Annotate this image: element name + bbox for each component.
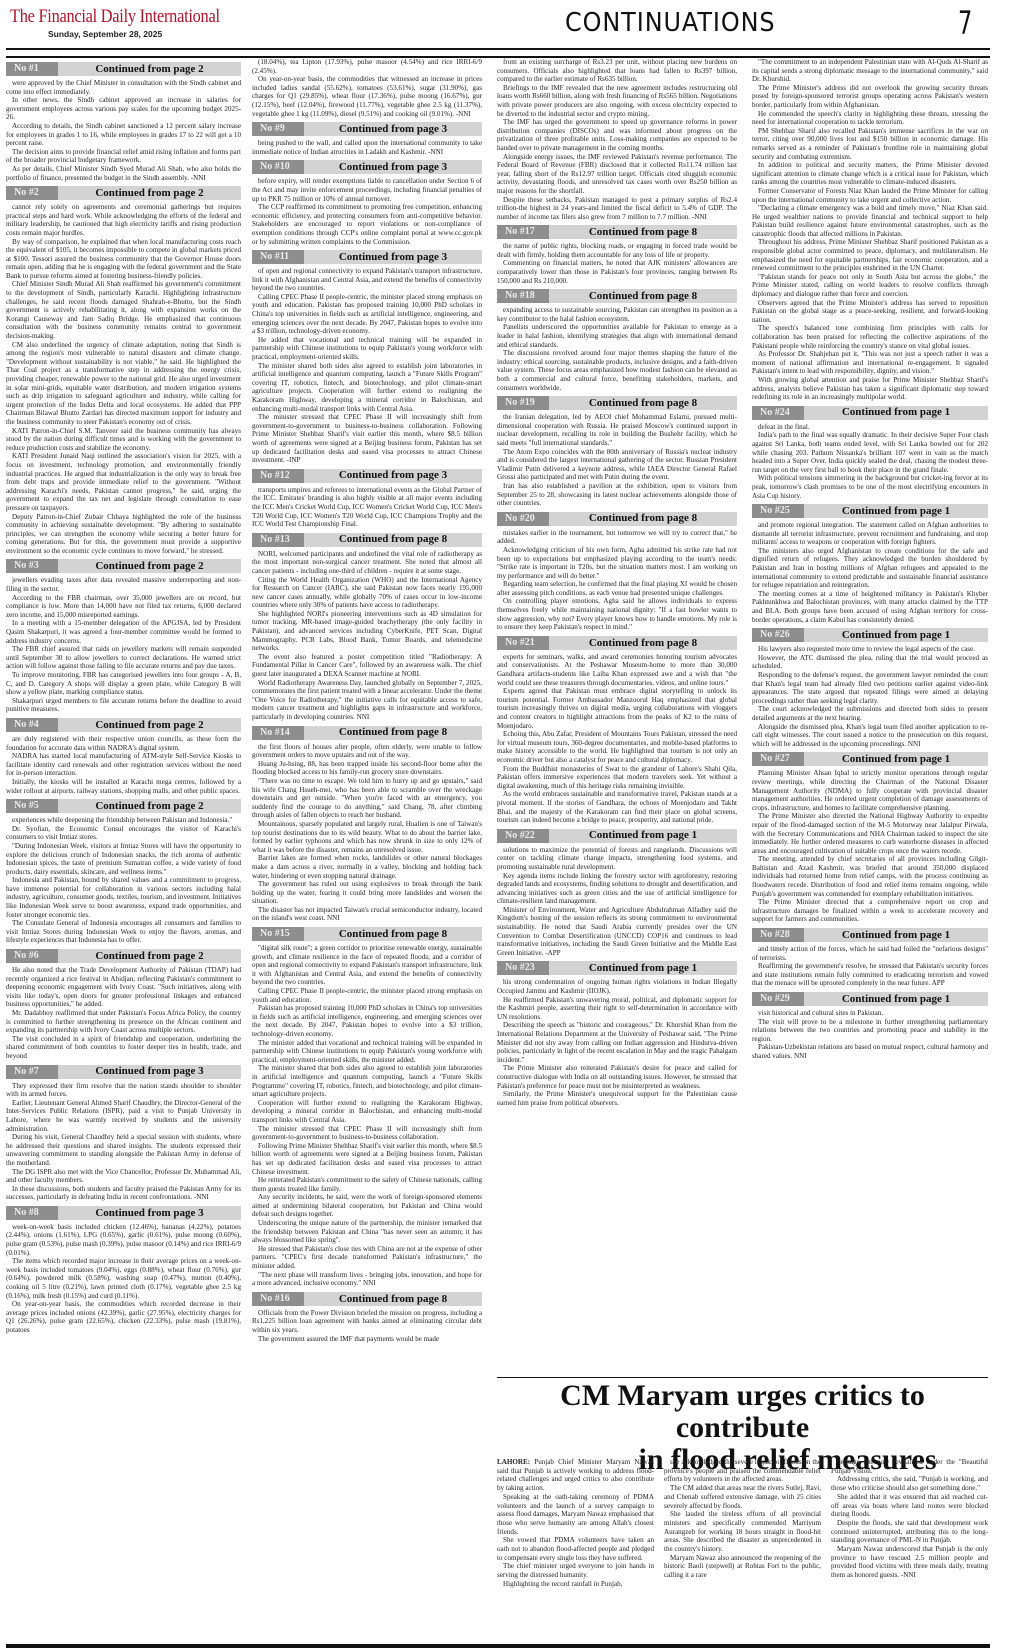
article-number: No #3: [6, 559, 58, 573]
article-continuation: No #9Continued from page 3being pushed t…: [252, 122, 482, 156]
story-paragraph: she acknowledged the severe impact of fl…: [664, 1458, 821, 1484]
article-number: No #23: [497, 961, 549, 975]
article-number: No #21: [497, 636, 549, 650]
article-paragraph: The items which recorded major increase …: [6, 1257, 241, 1300]
continuation-header: No #6Continued from page 2: [6, 949, 241, 963]
article-paragraph: Mountainous, sparsely populated and larg…: [252, 820, 482, 854]
article-paragraph: The speech's balanced tone combining fir…: [752, 324, 988, 350]
continuation-header: No #26Continued from page 1: [752, 628, 988, 642]
continued-from-label: Continued from page 8: [304, 930, 482, 939]
article-paragraph: Huang Ju-hsing, 88, has been trapped ins…: [252, 760, 482, 777]
article-paragraph: being pushed to the wall, and called upo…: [252, 139, 482, 156]
article-continuation: No #25Continued from page 1and promote r…: [752, 504, 988, 624]
paper-name: The Financial Daily International: [10, 6, 220, 28]
article-number: No #9: [252, 122, 304, 136]
continuation-header: No #10Continued from page 3: [252, 160, 482, 174]
article-paragraph: On controlling player emotions, Agha sai…: [497, 597, 737, 631]
article-paragraph: Describing the speech as "historic and c…: [497, 1021, 737, 1064]
article-paragraph: Earlier, Lieutenant General Ahmed Sharif…: [6, 1099, 241, 1133]
article-paragraph: The Prime Minister directed that a compr…: [752, 898, 988, 924]
article-paragraph: As per details, Chief Minister Sindh Sye…: [6, 165, 241, 182]
continued-from-label: Continued from page 8: [304, 535, 482, 544]
article-number: No #8: [6, 1206, 58, 1220]
article-paragraph: Acknowledging criticism of his own form,…: [497, 546, 737, 580]
article-continuation: No #5Continued from page 2experiences wh…: [6, 799, 241, 945]
article-paragraph: Former Conservator of Forests Niaz Khan …: [752, 187, 988, 204]
article-number: No #29: [752, 992, 804, 1006]
continuation-header: No #20Continued from page 8: [497, 512, 737, 526]
article-paragraph: He stressed that Pakistan's close ties w…: [252, 1245, 482, 1271]
article-paragraph: The meeting, attended by chief secretari…: [752, 855, 988, 898]
article-continuation: No #7Continued from page 3They expressed…: [6, 1065, 241, 1202]
continued-from-label: Continued from page 3: [304, 471, 482, 480]
article-paragraph: Pakistan has proposed training 10,000 Ph…: [252, 1004, 482, 1038]
article-paragraph: KATI Patron-in-Chief S.M. Tanveer said t…: [6, 427, 241, 453]
continued-from-label: Continued from page 2: [58, 65, 241, 74]
article-continuation: No #1Continued from page 2were approved …: [6, 62, 241, 182]
article-paragraph: With political tensions simmering in the…: [752, 474, 988, 500]
article-paragraph: NORI, welcomed participants and underlin…: [252, 550, 482, 576]
article-number: No #5: [6, 799, 58, 813]
continued-from-label: Continued from page 1: [549, 964, 737, 973]
article-continuation: No #18Continued from page 8expanding acc…: [497, 289, 737, 392]
article-paragraph: In addition to political and security ma…: [752, 161, 988, 187]
story-paragraph: The CM added that areas near the rivers …: [664, 1484, 821, 1510]
article-paragraph: He commended the speech's clarity in hig…: [752, 110, 988, 127]
article-paragraph: The court acknowledged the submissions a…: [752, 705, 988, 722]
article-number: No #7: [6, 1065, 58, 1079]
continuation-header: No #14Continued from page 8: [252, 726, 482, 740]
continued-from-label: Continued from page 2: [58, 721, 241, 730]
article-paragraph: During his visit, General Chaudhry held …: [6, 1133, 241, 1167]
article-paragraph: Minister of Environment, Water and Agric…: [497, 906, 737, 958]
continued-from-label: Continued from page 8: [304, 1295, 482, 1304]
article-paragraph: Initially, the kiosks will be installed …: [6, 778, 241, 795]
article-paragraph: mistakes earlier in the tournament, but …: [497, 529, 737, 546]
article-paragraph: In a meeting with a 15-member delegation…: [6, 619, 241, 645]
article-continuation: No #15Continued from page 8"digital silk…: [252, 927, 482, 1288]
article-paragraph: Any security incidents, he said, were th…: [252, 1193, 482, 1219]
continuation-header: No #4Continued from page 2: [6, 718, 241, 732]
article-paragraph: NADRA has started local manufacturing of…: [6, 752, 241, 778]
story-column: LAHORE: Punjab Chief Minister Maryam Naw…: [497, 1458, 654, 1644]
article-number: No #18: [497, 289, 549, 303]
article-number: No #6: [6, 949, 58, 963]
article-paragraph: his strong condemnation of ongoing human…: [497, 978, 737, 995]
article-continuation: from an existing surcharge of Rs3.23 per…: [497, 58, 737, 221]
article-paragraph: His lawyers also requested more time to …: [752, 645, 988, 654]
article-paragraph: cannot rely solely on agreements and cer…: [6, 203, 241, 237]
continuation-header: No #2Continued from page 2: [6, 186, 241, 200]
article-paragraph: He added that vocational and technical t…: [252, 336, 482, 362]
article-number: No #17: [497, 225, 549, 239]
article-paragraph: Officials from the Power Division briefe…: [252, 1309, 482, 1335]
continued-from-label: Continued from page 3: [304, 253, 482, 262]
article-paragraph: The Prime Minister also directed the Nat…: [752, 812, 988, 855]
article-paragraph: CM also underlined the urgency of climat…: [6, 341, 241, 427]
article-paragraph: PM Shehbaz Sharif also recalled Pakistan…: [752, 127, 988, 161]
story-paragraph: Despite the floods, she said that develo…: [831, 1519, 988, 1545]
article-paragraph: Similarly, the Prime Minister's unequivo…: [497, 1090, 737, 1107]
article-paragraph: defeat in the final.: [752, 423, 988, 432]
article-paragraph: "The next phase will transform lives - b…: [252, 1271, 482, 1288]
article-paragraph: the first floors of houses after people,…: [252, 743, 482, 760]
article-paragraph: According to details, the Sindh cabinet …: [6, 122, 241, 148]
article-paragraph: The minister shared both sides also agre…: [252, 362, 482, 414]
article-number: No #2: [6, 186, 58, 200]
article-continuation: No #21Continued from page 8experts for s…: [497, 636, 737, 825]
article-paragraph: The Prime Minister's address did not ove…: [752, 84, 988, 110]
article-continuation: No #16Continued from page 8Officials fro…: [252, 1292, 482, 1343]
article-paragraph: The government has ruled out using explo…: [252, 880, 482, 906]
continuation-header: No #19Continued from page 8: [497, 396, 737, 410]
continued-from-label: Continued from page 2: [58, 189, 241, 198]
continuation-header: No #11Continued from page 3: [252, 250, 482, 264]
article-paragraph: On year-on-year basis, the commodities w…: [6, 1300, 241, 1334]
story-column: heritage site now revitalised under the …: [831, 1458, 988, 1644]
article-paragraph: experts for seminars, walks, and award c…: [497, 653, 737, 687]
column-2: (18.04%), tea Lipton (17.93%), pulse mas…: [252, 58, 482, 1453]
article-paragraph: Panelists underscored the opportunities …: [497, 323, 737, 349]
article-paragraph: The event also featured a poster competi…: [252, 653, 482, 679]
story-paragraph: Speaking at the oath-taking ceremony of …: [497, 1493, 654, 1537]
article-continuation: No #11Continued from page 3of open and r…: [252, 250, 482, 465]
article-paragraph: "Declaring a climate emergency was a bol…: [752, 204, 988, 238]
article-paragraph: Cooperation will further extend to reali…: [252, 1099, 482, 1125]
article-paragraph: and promote regional integration. The st…: [752, 521, 988, 547]
article-paragraph: The minister stressed that CPEC Phase II…: [252, 413, 482, 465]
article-paragraph: However, the ATC dismissed the plea, rul…: [752, 654, 988, 671]
article-paragraph: The Consulate General of Indonesia encou…: [6, 919, 241, 945]
article-continuation: No #13Continued from page 8NORI, welcome…: [252, 533, 482, 722]
continuation-header: No #22Continued from page 1: [497, 829, 737, 843]
article-number: No #12: [252, 469, 304, 483]
article-number: No #19: [497, 396, 549, 410]
article-number: No #26: [752, 628, 804, 642]
article-continuation: No #2Continued from page 2cannot rely so…: [6, 186, 241, 555]
continuation-header: No #18Continued from page 8: [497, 289, 737, 303]
article-paragraph: From the Buddhist monasteries of Swat to…: [497, 765, 737, 791]
column-1: No #1Continued from page 2were approved …: [6, 58, 241, 1650]
article-paragraph: He reiterated Pakistan's commitment to t…: [252, 1176, 482, 1193]
article-continuation: No #20Continued from page 8mistakes earl…: [497, 512, 737, 632]
article-number: No #20: [497, 512, 549, 526]
article-paragraph: He reaffirmed Pakistan's unwavering mora…: [497, 996, 737, 1022]
continuation-header: No #29Continued from page 1: [752, 992, 988, 1006]
continued-from-label: Continued from page 2: [58, 802, 241, 811]
article-continuation: No #26Continued from page 1His lawyers a…: [752, 628, 988, 748]
article-paragraph: The Atom Expo coincides with the 80th an…: [497, 448, 737, 482]
continuation-header: No #24Continued from page 1: [752, 406, 988, 420]
article-paragraph: solutions to maximize the potential of f…: [497, 846, 737, 872]
continued-from-label: Continued from page 3: [58, 1209, 241, 1218]
article-paragraph: Alongside the dismissed plea, Khan's leg…: [752, 723, 988, 749]
article-paragraph: The Prime Minister also reiterated Pakis…: [497, 1064, 737, 1090]
article-paragraph: The FBR chief assured that raids on jewe…: [6, 645, 241, 671]
article-continuation: No #8Continued from page 3week-on-week b…: [6, 1206, 241, 1335]
article-paragraph: Alongside energy issues, the IMF reviewe…: [497, 153, 737, 196]
headline-line-1: CM Maryam urges critics to contribute: [497, 1380, 988, 1444]
article-paragraph: of open and regional connectivity to exp…: [252, 267, 482, 293]
article-paragraph: before expiry, will render exemptions li…: [252, 177, 482, 203]
article-paragraph: By way of comparison, he explained that …: [6, 238, 241, 281]
article-paragraph: The minister added that vocational and t…: [252, 1039, 482, 1065]
article-paragraph: Deputy Patron-in-Chief Zubair Chhaya hig…: [6, 513, 241, 556]
continuation-header: No #8Continued from page 3: [6, 1206, 241, 1220]
story-column: she acknowledged the severe impact of fl…: [664, 1458, 821, 1644]
article-paragraph: visit historical and cultural sites in P…: [752, 1009, 988, 1018]
continued-from-label: Continued from page 8: [549, 399, 737, 408]
article-paragraph: Barrier lakes are formed when rocks, lan…: [252, 854, 482, 880]
bottom-divider: [6, 1644, 990, 1648]
article-number: No #25: [752, 504, 804, 518]
article-number: No #28: [752, 928, 804, 942]
article-paragraph: Observers agreed that the Prime Minister…: [752, 299, 988, 325]
article-paragraph: The visit will prove to be a milestone i…: [752, 1018, 988, 1044]
article-paragraph: Key agenda items include linking the for…: [497, 872, 737, 906]
article-paragraph: "During Indonesian Week, visitors at Imt…: [6, 842, 241, 876]
article-paragraph: The meeting comes at a time of heightene…: [752, 590, 988, 624]
article-paragraph: Reaffirming the government's resolve, he…: [752, 962, 988, 988]
column-4: "The commitment to an independent Palest…: [752, 58, 988, 1336]
article-paragraph: Planning Minister Ahsan Iqbal to strictl…: [752, 769, 988, 812]
story-paragraph: heritage site now revitalised under the …: [831, 1458, 988, 1475]
article-continuation: No #27Continued from page 1Planning Mini…: [752, 752, 988, 924]
story-paragraph: She vowed that PDMA volunteers have take…: [497, 1536, 654, 1562]
article-continuation: (18.04%), tea Lipton (17.93%), pulse mas…: [252, 58, 482, 118]
continuation-header: No #27Continued from page 1: [752, 752, 988, 766]
article-paragraph: Briefings to the IMF revealed that the n…: [497, 84, 737, 118]
article-paragraph: According to the FBR chairman, over 35,0…: [6, 594, 241, 620]
article-paragraph: The visit concluded in a spirit of frien…: [6, 1035, 241, 1061]
continued-from-label: Continued from page 2: [58, 952, 241, 961]
article-number: No #16: [252, 1292, 304, 1306]
article-paragraph: In other news, the Sindh cabinet approve…: [6, 96, 241, 122]
article-paragraph: jewellers evading taxes after data revea…: [6, 576, 241, 593]
section-title: CONTINUATIONS: [565, 8, 776, 38]
continuation-header: No #5Continued from page 2: [6, 799, 241, 813]
article-paragraph: Iran has also established a pavilion at …: [497, 482, 737, 508]
article-paragraph: Following Prime Minister Shehbaz Sharif'…: [252, 1142, 482, 1176]
article-paragraph: The government assured the IMF that paym…: [252, 1335, 482, 1344]
feature-story: LAHORE: Punjab Chief Minister Maryam Naw…: [497, 1458, 988, 1644]
continuation-header: No #15Continued from page 8: [252, 927, 482, 941]
article-continuation: No #28Continued from page 1and timely ac…: [752, 928, 988, 988]
article-number: No #4: [6, 718, 58, 732]
continued-from-label: Continued from page 1: [804, 631, 988, 640]
story-paragraph: She lauded the tireless efforts of all p…: [664, 1510, 821, 1554]
article-paragraph: They expressed their firm resolve that t…: [6, 1082, 241, 1099]
article-paragraph: He also noted that the Trade Development…: [6, 966, 241, 1009]
article-continuation: No #23Continued from page 1his strong co…: [497, 961, 737, 1107]
continued-from-label: Continued from page 1: [804, 507, 988, 516]
article-paragraph: The discussions revolved around four maj…: [497, 349, 737, 392]
continuation-header: No #1Continued from page 2: [6, 62, 241, 76]
continued-from-label: Continued from page 8: [549, 228, 737, 237]
continuation-header: No #25Continued from page 1: [752, 504, 988, 518]
story-paragraph: The chief minister urged everyone to joi…: [497, 1562, 654, 1579]
article-paragraph: On year-on-year basis, the commodities t…: [252, 75, 482, 118]
article-paragraph: The disaster has not impacted Taiwan's c…: [252, 906, 482, 923]
article-paragraph: the name of public rights, blocking road…: [497, 242, 737, 259]
continuation-header: No #3Continued from page 2: [6, 559, 241, 573]
article-continuation: No #29Continued from page 1visit histori…: [752, 992, 988, 1061]
page-number: 7: [958, 4, 972, 42]
story-paragraph: Maryam Nawaz also announced the reopenin…: [664, 1554, 821, 1580]
article-continuation: No #19Continued from page 8the Iranian d…: [497, 396, 737, 508]
story-paragraph: Maryam Nawaz underscored that Punjab is …: [831, 1545, 988, 1580]
continuation-header: No #21Continued from page 8: [497, 636, 737, 650]
article-number: No #22: [497, 829, 549, 843]
article-continuation: No #12Continued from page 3transports um…: [252, 469, 482, 529]
article-paragraph: The IMF has urged the government to spee…: [497, 118, 737, 152]
column-3: from an existing surcharge of Rs3.23 per…: [497, 58, 737, 1336]
story-paragraph: LAHORE: Punjab Chief Minister Maryam Naw…: [497, 1458, 654, 1493]
article-paragraph: As Professor Dr. Shahjehan put it, "This…: [752, 350, 988, 376]
continued-from-label: Continued from page 1: [804, 931, 988, 940]
article-number: No #15: [252, 927, 304, 941]
article-paragraph: "Pakistan stands for peace not only in S…: [752, 273, 988, 299]
article-paragraph: In these discussions, both students and …: [6, 1185, 241, 1202]
article-paragraph: Experts agreed that Pakistan must embrac…: [497, 687, 737, 730]
article-paragraph: Throughout his address, Prime Minister S…: [752, 238, 988, 272]
continued-from-label: Continued from page 1: [549, 831, 737, 840]
continuation-header: No #7Continued from page 3: [6, 1065, 241, 1079]
article-paragraph: are duly registered with their respectiv…: [6, 735, 241, 752]
top-divider: [6, 48, 990, 58]
article-paragraph: The minister shared that both sides also…: [252, 1064, 482, 1098]
article-continuation: No #3Continued from page 2jewellers evad…: [6, 559, 241, 714]
article-paragraph: week-on-week basis included chicken (12.…: [6, 1223, 241, 1257]
article-continuation: No #22Continued from page 1solutions to …: [497, 829, 737, 958]
article-paragraph: were approved by the Chief Minister in c…: [6, 79, 241, 96]
story-paragraph: She added that it was ensured that aid r…: [831, 1493, 988, 1519]
article-paragraph: (18.04%), tea Lipton (17.93%), pulse mas…: [252, 58, 482, 75]
article-paragraph: As the world embraces sustainable and tr…: [497, 790, 737, 824]
article-paragraph: Calling CPEC Phase II people-centric, th…: [252, 293, 482, 336]
continued-from-label: Continued from page 8: [549, 639, 737, 648]
article-paragraph: Responding to the defense's request, the…: [752, 671, 988, 705]
article-number: No #1: [6, 62, 58, 76]
article-number: No #13: [252, 533, 304, 547]
continuation-header: No #28Continued from page 1: [752, 928, 988, 942]
article-number: No #10: [252, 160, 304, 174]
article-paragraph: Indonesia and Pakistan, bound by shared …: [6, 876, 241, 919]
issue-date: Sunday, September 28, 2025: [48, 29, 162, 39]
continuation-header: No #23Continued from page 1: [497, 961, 737, 975]
article-paragraph: "The commitment to an independent Palest…: [752, 58, 988, 84]
continued-from-label: Continued from page 1: [804, 408, 988, 417]
continued-from-label: Continued from page 1: [804, 995, 988, 1004]
article-paragraph: Echoing this, Abu Zafar, President of Mo…: [497, 730, 737, 764]
article-continuation: No #14Continued from page 8the first flo…: [252, 726, 482, 923]
article-paragraph: The DG ISPR also met with the Vice Chanc…: [6, 1168, 241, 1185]
continuation-header: No #16Continued from page 8: [252, 1292, 482, 1306]
masthead: The Financial Daily International Sunday…: [0, 0, 990, 48]
article-paragraph: Calling CPEC Phase II people-centric, th…: [252, 987, 482, 1004]
article-paragraph: Pakistan-Uzbekistan relations are based …: [752, 1043, 988, 1060]
continued-from-label: Continued from page 2: [58, 562, 241, 571]
article-paragraph: Dr. Syofian, the Economic Consul encoura…: [6, 825, 241, 842]
article-continuation: No #6Continued from page 2He also noted …: [6, 949, 241, 1061]
continued-from-label: Continued from page 3: [58, 1067, 241, 1076]
continued-from-label: Continued from page 3: [304, 125, 482, 134]
article-continuation: No #24Continued from page 1defeat in the…: [752, 406, 988, 500]
article-continuation: "The commitment to an independent Palest…: [752, 58, 988, 402]
article-paragraph: from an existing surcharge of Rs3.23 per…: [497, 58, 737, 84]
continuation-header: No #12Continued from page 3: [252, 469, 482, 483]
article-paragraph: Chief Minister Sindh Murad Ali Shah reaf…: [6, 280, 241, 340]
article-paragraph: She highlighted NORI's pioneering interv…: [252, 610, 482, 653]
article-paragraph: expanding access to sustainable sourcing…: [497, 306, 737, 323]
article-paragraph: Underscoring the unique nature of the pa…: [252, 1219, 482, 1245]
story-paragraph: Addressing critics, she said, "Punjab is…: [831, 1475, 988, 1492]
article-paragraph: Commenting on financial matters, he note…: [497, 259, 737, 285]
article-paragraph: Mr. Dadabhoy reaffirmed that under Pakis…: [6, 1009, 241, 1035]
article-paragraph: Despite these setbacks, Pakistan managed…: [497, 196, 737, 222]
continuation-header: No #13Continued from page 8: [252, 533, 482, 547]
article-paragraph: "digital silk route"; a green corridor t…: [252, 944, 482, 987]
article-continuation: No #10Continued from page 3before expiry…: [252, 160, 482, 246]
article-paragraph: The minister stressed that CPEC Phase II…: [252, 1125, 482, 1142]
story-paragraph: Highlighting the record rainfall in Punj…: [497, 1580, 654, 1589]
article-number: No #14: [252, 726, 304, 740]
article-paragraph: "There was no time to escape. We told hi…: [252, 777, 482, 820]
article-number: No #24: [752, 406, 804, 420]
continuation-header: No #17Continued from page 8: [497, 225, 737, 239]
article-number: No #11: [252, 250, 304, 264]
dateline: LAHORE:: [497, 1458, 530, 1466]
article-paragraph: The decision aims to provide financial r…: [6, 148, 241, 165]
article-paragraph: World Radiotherapy Awareness Day, launch…: [252, 679, 482, 722]
article-paragraph: transports umpires and referees to inter…: [252, 486, 482, 529]
continued-from-label: Continued from page 8: [549, 292, 737, 301]
continued-from-label: Continued from page 8: [549, 514, 737, 523]
continued-from-label: Continued from page 8: [304, 728, 482, 737]
article-paragraph: The CCP reaffirmed its commitment to pro…: [252, 203, 482, 246]
article-paragraph: India's path to the final was equally dr…: [752, 431, 988, 474]
continued-from-label: Continued from page 3: [304, 163, 482, 172]
article-continuation: No #4Continued from page 2are duly regis…: [6, 718, 241, 795]
article-paragraph: To improve monitoring, FBR has categoris…: [6, 671, 241, 697]
article-paragraph: With growing global attention and praise…: [752, 376, 988, 402]
continuation-header: No #9Continued from page 3: [252, 122, 482, 136]
article-paragraph: Regarding team selection, he confirmed t…: [497, 580, 737, 597]
article-paragraph: experiences while deepening the friendsh…: [6, 816, 241, 825]
article-continuation: No #17Continued from page 8the name of p…: [497, 225, 737, 285]
continued-from-label: Continued from page 1: [804, 755, 988, 764]
article-paragraph: Citing the World Health Organization (WH…: [252, 576, 482, 610]
article-paragraph: The ministers also urged Afghanistan to …: [752, 547, 988, 590]
article-number: No #27: [752, 752, 804, 766]
article-paragraph: and timely action of the forces, which h…: [752, 945, 988, 962]
article-paragraph: Shakarpuri urged members to file accurat…: [6, 697, 241, 714]
article-paragraph: the Iranian delegation, led by AEOI chie…: [497, 413, 737, 447]
article-paragraph: KATI President Junaid Naqi outlined the …: [6, 452, 241, 512]
